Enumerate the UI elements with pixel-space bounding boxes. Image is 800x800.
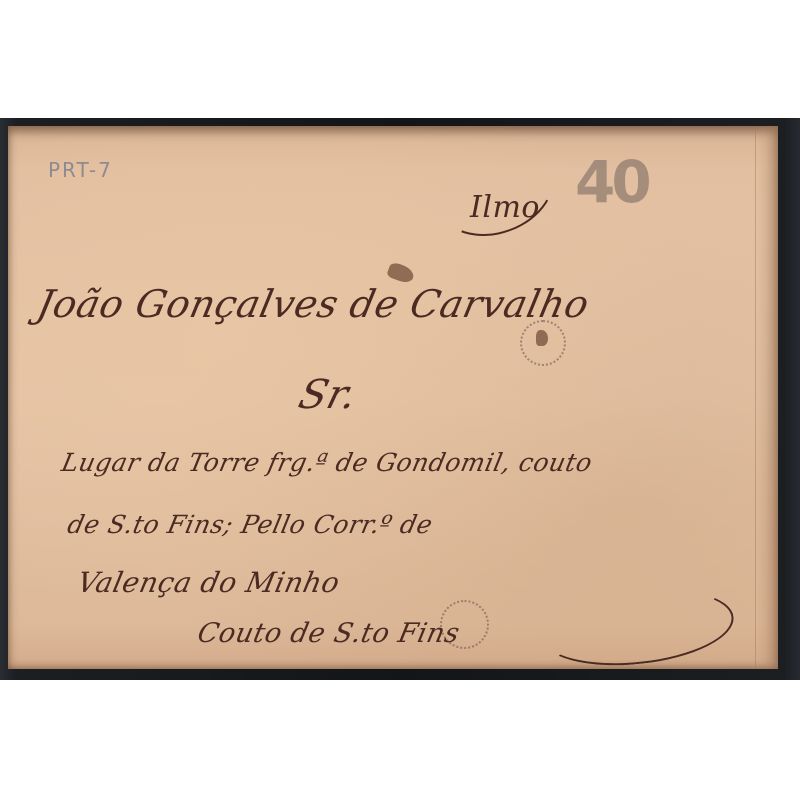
ink-blot [536,330,548,346]
pencil-reference-label: PRT-7 [48,158,113,182]
rate-postmark: 40 [575,148,648,216]
address-line-locality: Lugar da Torre frg.ª de Gondomil, couto [59,448,595,477]
address-line-town: Valença do Minho [74,566,342,599]
address-line-parish: de S.to Fins; Pello Corr.º de [65,510,436,539]
envelope-fold-edge [755,126,778,669]
address-recipient-name: João Gonçalves de Carvalho [33,282,593,326]
address-line-destination: Couto de S.to Fins [195,618,463,649]
address-salutation: Ilmo [470,190,540,225]
